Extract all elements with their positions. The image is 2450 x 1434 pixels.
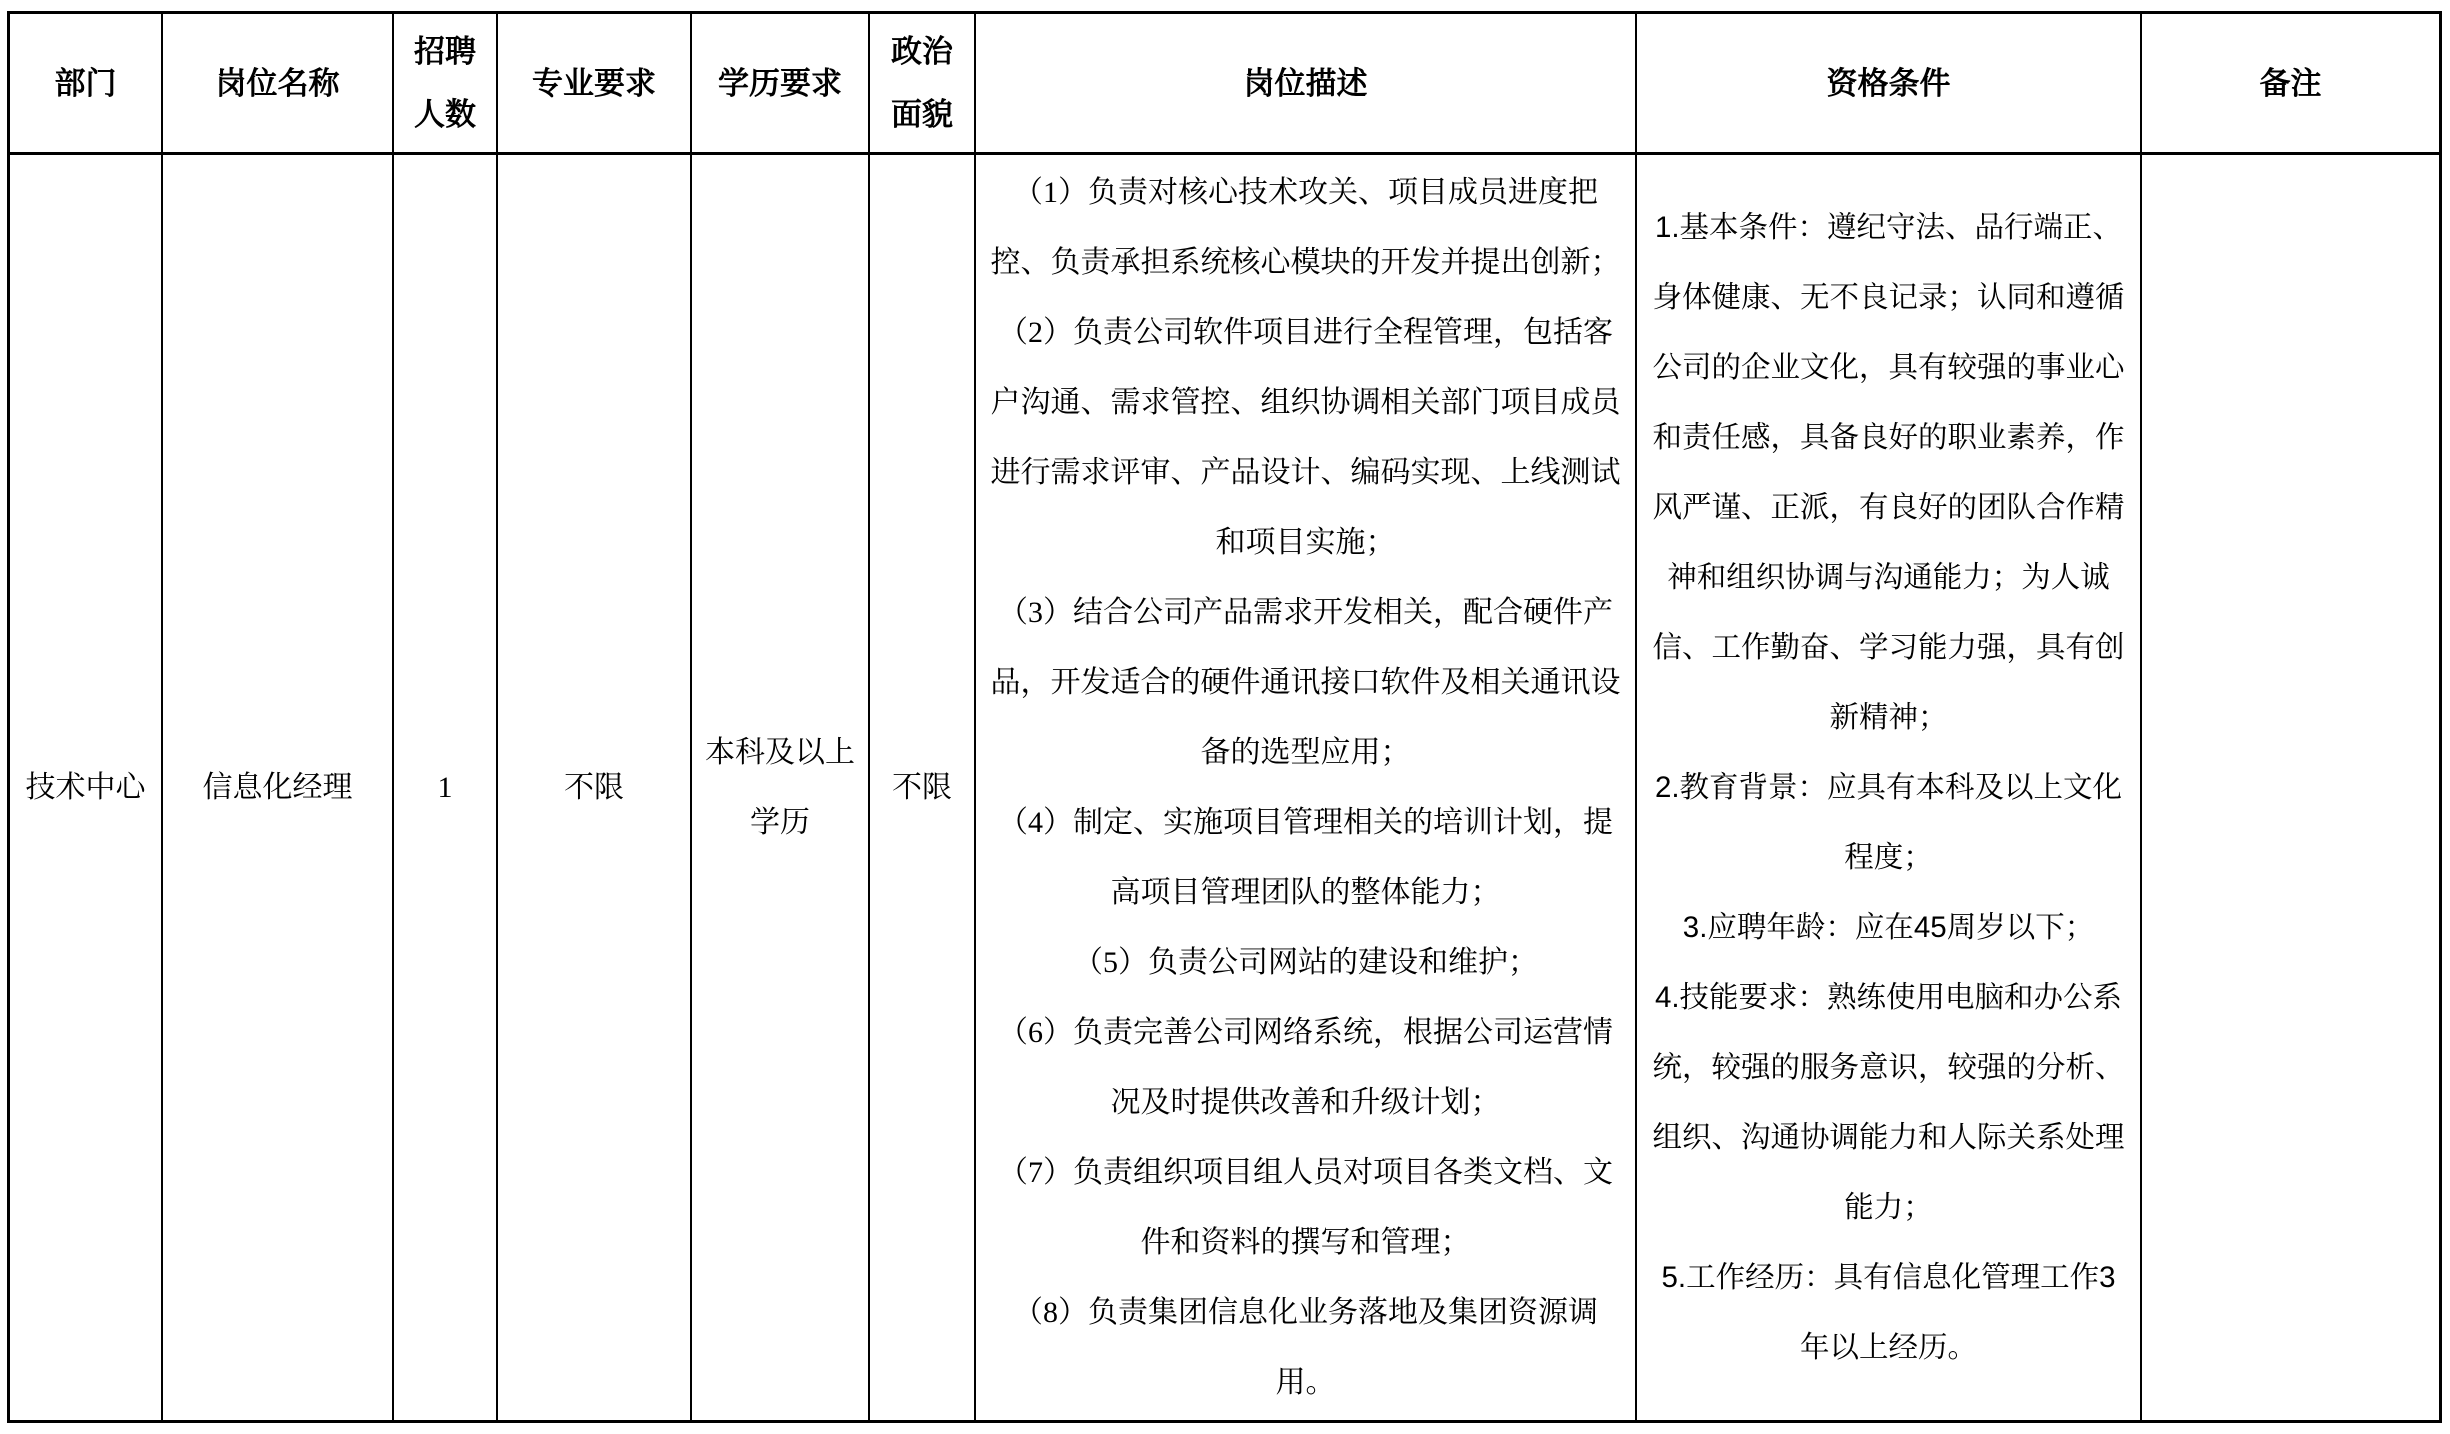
header-headcount: 招聘人数 [394,14,498,155]
text-line: 4.技能要求：熟练使用电脑和办公系 [1655,963,2122,1033]
text-line: 能力； [1844,1173,1933,1243]
cell-education-requirement: 本科及以上学历 [692,155,870,1420]
text-line: 政治 [891,20,953,83]
text-line: 信、工作勤奋、学习能力强，具有创 [1652,613,2124,683]
text-line: 2.教育背景：应具有本科及以上文化 [1655,753,2122,823]
text-line: 学历要求 [718,52,842,115]
header-remarks: 备注 [2142,14,2439,155]
text-line: 面貌 [891,83,953,146]
text-line: 招聘 [414,20,476,83]
text-line: 件和资料的撰写和管理； [1141,1208,1471,1278]
text-line: 身体健康、无不良记录；认同和遵循 [1652,263,2124,333]
text-line: 户沟通、需求管控、组织协调相关部门项目成员 [991,368,1621,438]
text-line: 风严谨、正派，有良好的团队合作精 [1652,473,2124,543]
header-qualifications: 资格条件 [1637,14,2142,155]
recruitment-table: 部门 岗位名称 招聘人数 专业要求 学历要求 政治面貌 岗位描述 资格条件 备注… [7,11,2442,1423]
text-line: 本科及以上 [705,718,855,788]
text-line: 组织、沟通协调能力和人际关系处理 [1652,1103,2124,1173]
text-line: 和责任感，具备良好的职业素养，作 [1652,403,2124,473]
cell-department: 技术中心 [10,155,163,1420]
document-page: { "colors": { "border": "#000000", "text… [0,0,2450,1434]
text-line: 进行需求评审、产品设计、编码实现、上线测试 [991,438,1621,508]
text-line: 人数 [414,83,476,146]
cell-qualifications: 1.基本条件：遵纪守法、品行端正、身体健康、无不良记录；认同和遵循公司的企业文化… [1637,155,2142,1420]
text-line: 3.应聘年龄：应在45周岁以下； [1683,893,2094,963]
department-value: 技术中心 [26,753,146,823]
text-line: 神和组织协调与沟通能力；为人诚 [1667,543,2110,613]
cell-position-name: 信息化经理 [163,155,394,1420]
text-line: 公司的企业文化，具有较强的事业心 [1652,333,2124,403]
major-requirement-value: 不限 [564,753,624,823]
text-line: 用。 [1276,1348,1336,1418]
text-line: 资格条件 [1827,52,1951,115]
text-line: （4）制定、实施项目管理相关的培训计划，提 [998,788,1613,858]
headcount-value: 1 [438,753,453,823]
text-line: 年以上经历。 [1800,1313,1977,1383]
text-line: 备注 [2260,52,2322,115]
header-political-status: 政治面貌 [870,14,976,155]
text-line: 备的选型应用； [1201,718,1411,788]
header-job-description: 岗位描述 [976,14,1637,155]
text-line: 高项目管理团队的整体能力； [1111,858,1501,928]
text-line: 岗位描述 [1244,52,1368,115]
text-line: 统，较强的服务意识，较强的分析、 [1652,1033,2124,1103]
text-line: （7）负责组织项目组人员对项目各类文档、文 [998,1138,1613,1208]
text-line: 岗位名称 [216,52,340,115]
text-line: 5.工作经历：具有信息化管理工作3 [1661,1243,2115,1313]
header-department: 部门 [10,14,163,155]
cell-headcount: 1 [394,155,498,1420]
text-line: （8）负责集团信息化业务落地及集团资源调 [1013,1278,1598,1348]
position-name-value: 信息化经理 [203,753,353,823]
text-line: （1）负责对核心技术攻关、项目成员进度把 [1013,158,1598,228]
text-line: 控、负责承担系统核心模块的开发并提出创新； [991,228,1621,298]
cell-job-description: （1）负责对核心技术攻关、项目成员进度把控、负责承担系统核心模块的开发并提出创新… [976,155,1637,1420]
header-position-name: 岗位名称 [163,14,394,155]
text-line: 品，开发适合的硬件通讯接口软件及相关通讯设 [991,648,1621,718]
header-major-requirement: 专业要求 [498,14,692,155]
text-line: 和项目实施； [1216,508,1396,578]
text-line: 况及时提供改善和升级计划； [1111,1068,1501,1138]
text-line: 学历 [750,788,810,858]
cell-political-status: 不限 [870,155,976,1420]
text-line: （5）负责公司网站的建设和维护； [1073,928,1538,998]
text-line: 新精神； [1829,683,1947,753]
political-status-value: 不限 [892,753,952,823]
cell-major-requirement: 不限 [498,155,692,1420]
text-line: （3）结合公司产品需求开发相关，配合硬件产 [998,578,1613,648]
cell-remarks [2142,155,2439,1420]
text-line: 程度； [1844,823,1933,893]
text-line: 部门 [55,52,117,115]
text-line: （2）负责公司软件项目进行全程管理，包括客 [998,298,1613,368]
text-line: 专业要求 [532,52,656,115]
text-line: 1.基本条件：遵纪守法、品行端正、 [1655,193,2122,263]
header-education-requirement: 学历要求 [692,14,870,155]
text-line: （6）负责完善公司网络系统，根据公司运营情 [998,998,1613,1068]
